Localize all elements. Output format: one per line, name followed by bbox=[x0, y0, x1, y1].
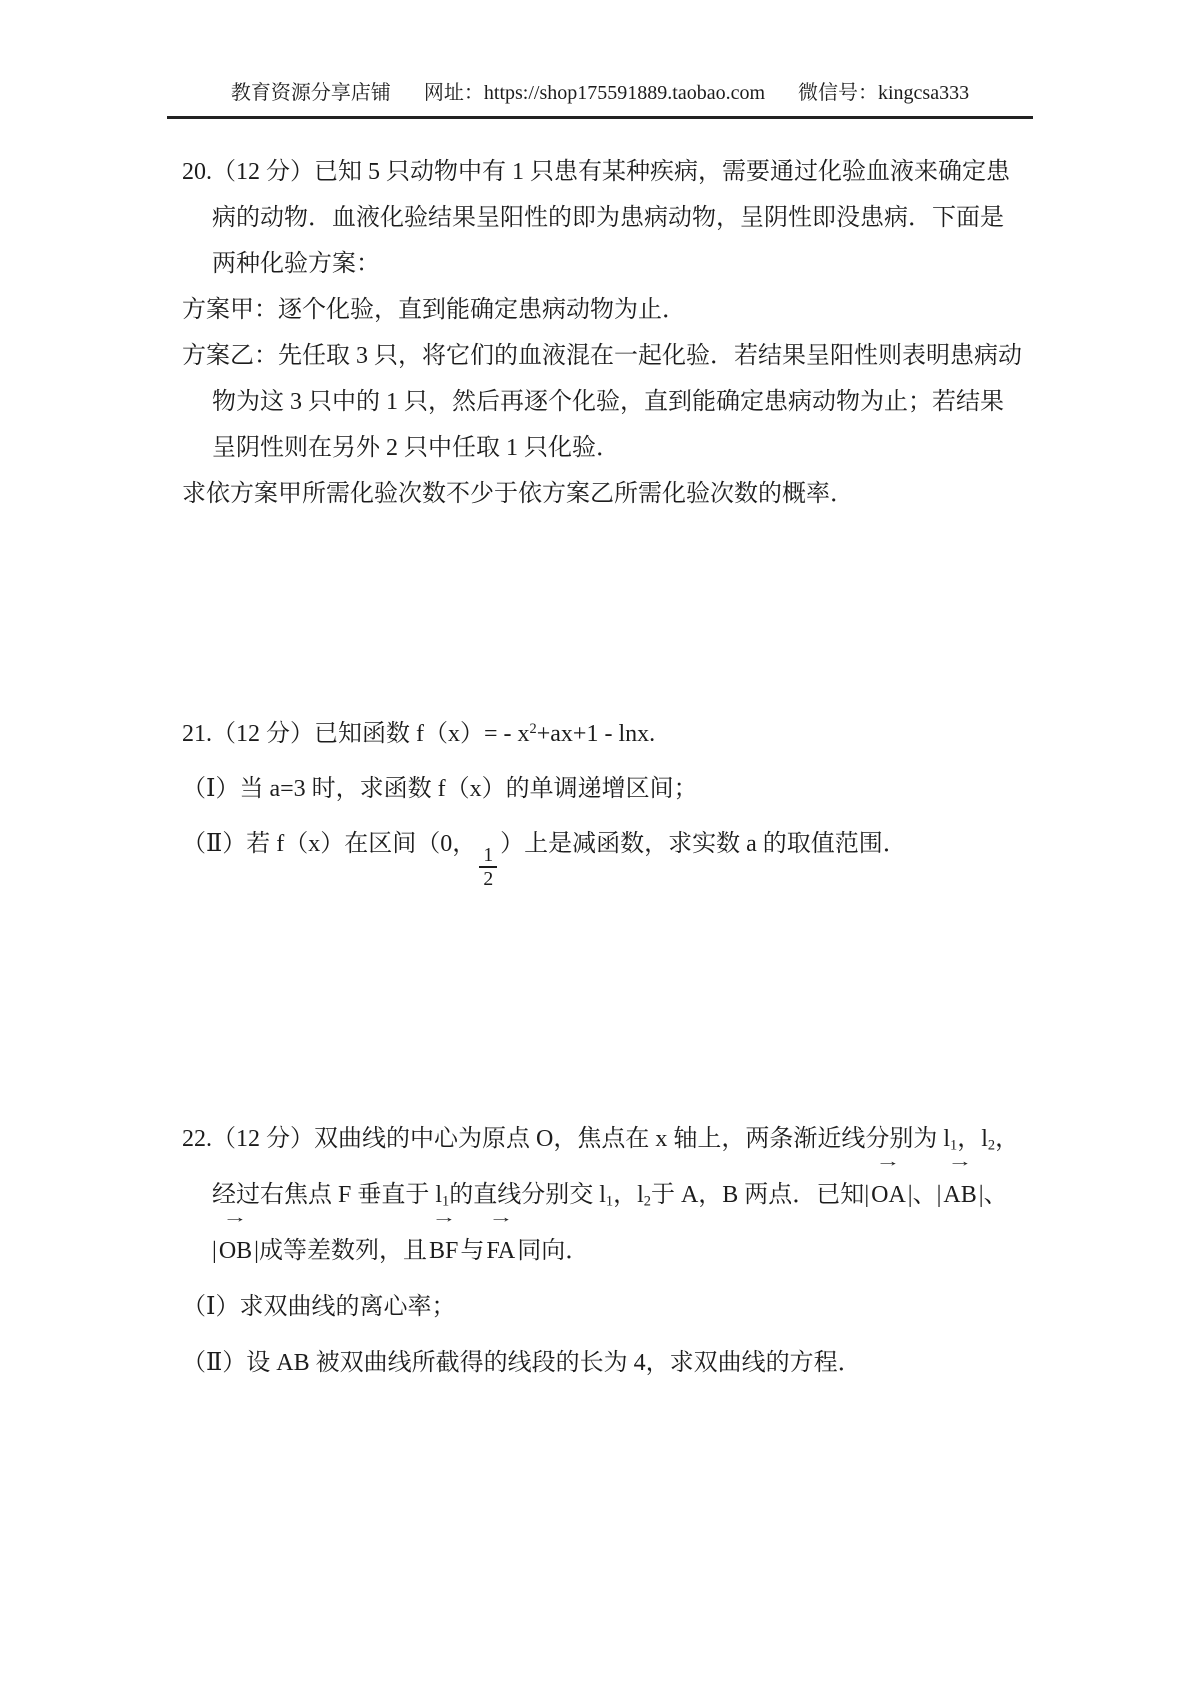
text-run: 、 bbox=[984, 1182, 1008, 1208]
text-run: ）上是减函数，求实数 a 的取值范围． bbox=[500, 831, 907, 857]
problem-line: （Ⅰ）当 a=3 时，求函数 f（x）的单调递增区间； bbox=[182, 762, 1042, 817]
text-run: （Ⅱ）若 f（x）在区间（0， bbox=[182, 831, 476, 857]
fraction-numerator: 1 bbox=[479, 844, 497, 869]
problem-line: 求依方案甲所需化验次数不少于依方案乙所需化验次数的概率． bbox=[182, 471, 1042, 517]
vector-oa: →OA bbox=[869, 1167, 908, 1223]
problem-line: （Ⅱ）若 f（x）在区间（0，12）上是减函数，求实数 a 的取值范围． bbox=[182, 817, 1042, 891]
problem-22: 22.（12 分）双曲线的中心为原点 O，焦点在 x 轴上，两条渐近线分别为 l… bbox=[182, 1111, 1042, 1391]
vector-label: OB bbox=[219, 1238, 252, 1264]
subscript: 2 bbox=[988, 1138, 995, 1154]
subscript: 2 bbox=[644, 1194, 651, 1210]
site-url: 网址：https://shop175591889.taobao.com bbox=[424, 82, 765, 104]
wechat-value: kingcsa333 bbox=[878, 82, 969, 104]
text-run: 方案甲：逐个化验，直到能确定患病动物为止． bbox=[182, 297, 686, 323]
vector-arrow-icon: → bbox=[431, 1211, 456, 1226]
problem-line: （Ⅰ）求双曲线的离心率； bbox=[182, 1279, 1042, 1335]
problem-line: |→OB|成等差数列，且→BF与→FA同向． bbox=[182, 1223, 1042, 1279]
problem-line: 呈阴性则在另外 2 只中任取 1 只化验． bbox=[182, 425, 1042, 471]
text-run: （Ⅰ）当 a=3 时，求函数 f（x）的单调递增区间； bbox=[182, 776, 698, 802]
text-run: 求依方案甲所需化验次数不少于依方案乙所需化验次数的概率． bbox=[182, 481, 854, 507]
text-run: 20.（12 分）已知 5 只动物中有 1 只患有某种疾病，需要通过化验血液来确… bbox=[182, 159, 1010, 185]
header-divider bbox=[167, 116, 1033, 119]
vector-ob: →OB bbox=[217, 1223, 254, 1279]
text-run: （Ⅰ）求双曲线的离心率； bbox=[182, 1294, 455, 1320]
vector-arrow-icon: → bbox=[223, 1211, 248, 1226]
site-url-value: https://shop175591889.taobao.com bbox=[484, 82, 765, 104]
problem-20: 20.（12 分）已知 5 只动物中有 1 只患有某种疾病，需要通过化验血液来确… bbox=[182, 149, 1042, 517]
vector-label: AB bbox=[943, 1182, 976, 1208]
shop-name: 教育资源分享店铺 bbox=[231, 82, 391, 104]
problem-line: 病的动物．血液化验结果呈阳性的即为患病动物，呈阴性即没患病．下面是 bbox=[182, 195, 1042, 241]
site-url-label: 网址： bbox=[424, 82, 484, 104]
problem-line: 经过右焦点 F 垂直于 l1的直线分别交 l1，l2于 A，B 两点．已知|→O… bbox=[182, 1167, 1042, 1223]
problem-line: 方案乙：先任取 3 只，将它们的血液混在一起化验．若结果呈阳性则表明患病动 bbox=[182, 333, 1042, 379]
vector-label: BF bbox=[429, 1238, 458, 1264]
text-run: 22.（12 分）双曲线的中心为原点 O，焦点在 x 轴上，两条渐近线分别为 l bbox=[182, 1126, 950, 1152]
vector-arrow-icon: → bbox=[488, 1211, 513, 1226]
vector-arrow-icon: → bbox=[947, 1155, 972, 1170]
vector-label: FA bbox=[486, 1238, 515, 1264]
problems-body: 20.（12 分）已知 5 只动物中有 1 只患有某种疾病，需要通过化验血液来确… bbox=[182, 149, 1042, 1391]
vector-ab: →AB bbox=[941, 1167, 978, 1223]
text-run: 呈阴性则在另外 2 只中任取 1 只化验． bbox=[212, 435, 620, 461]
subscript: 1 bbox=[606, 1194, 613, 1210]
text-run: 病的动物．血液化验结果呈阳性的即为患病动物，呈阴性即没患病．下面是 bbox=[212, 205, 1004, 231]
text-run: 物为这 3 只中的 1 只，然后再逐个化验，直到能确定患病动物为止；若结果 bbox=[212, 389, 1004, 415]
document-page: 教育资源分享店铺 网址：https://shop175591889.taobao… bbox=[0, 0, 1200, 1698]
text-run: 同向． bbox=[517, 1238, 589, 1264]
problem-21: 21.（12 分）已知函数 f（x）= - x2+ax+1 - lnx.（Ⅰ）当… bbox=[182, 707, 1042, 891]
problem-line: 21.（12 分）已知函数 f（x）= - x2+ax+1 - lnx. bbox=[182, 707, 1042, 762]
problem-line: 22.（12 分）双曲线的中心为原点 O，焦点在 x 轴上，两条渐近线分别为 l… bbox=[182, 1111, 1042, 1167]
text-run: 21.（12 分）已知函数 f（x）= - x bbox=[182, 721, 530, 747]
text-run: 经过右焦点 F 垂直于 l bbox=[212, 1182, 442, 1208]
page-header: 教育资源分享店铺 网址：https://shop175591889.taobao… bbox=[0, 0, 1200, 119]
superscript: 2 bbox=[530, 721, 537, 737]
text-run: ，l bbox=[957, 1126, 988, 1152]
text-run: +ax+1 - lnx. bbox=[537, 721, 655, 747]
fraction-denominator: 2 bbox=[479, 868, 497, 891]
vector-arrow-icon: → bbox=[876, 1155, 901, 1170]
vector-label: OA bbox=[871, 1182, 906, 1208]
text-run: 方案乙：先任取 3 只，将它们的血液混在一起化验．若结果呈阳性则表明患病动 bbox=[182, 343, 1022, 369]
problem-line: （Ⅱ）设 AB 被双曲线所截得的线段的长为 4，求双曲线的方程． bbox=[182, 1335, 1042, 1391]
text-run: 成等差数列，且 bbox=[259, 1238, 427, 1264]
wechat-id: 微信号：kingcsa333 bbox=[798, 82, 969, 104]
vector-fa: →FA bbox=[484, 1223, 517, 1279]
fraction: 12 bbox=[479, 844, 497, 891]
header-text: 教育资源分享店铺 网址：https://shop175591889.taobao… bbox=[0, 0, 1200, 106]
text-run: ，l bbox=[613, 1182, 644, 1208]
problem-line: 20.（12 分）已知 5 只动物中有 1 只患有某种疾病，需要通过化验血液来确… bbox=[182, 149, 1042, 195]
problem-line: 物为这 3 只中的 1 只，然后再逐个化验，直到能确定患病动物为止；若结果 bbox=[182, 379, 1042, 425]
text-run: 、 bbox=[913, 1182, 937, 1208]
problem-line: 方案甲：逐个化验，直到能确定患病动物为止． bbox=[182, 287, 1042, 333]
text-run: ， bbox=[995, 1126, 1019, 1152]
problem-line: 两种化验方案： bbox=[182, 241, 1042, 287]
text-run: 两种化验方案： bbox=[212, 251, 380, 277]
text-run: 与 bbox=[460, 1238, 484, 1264]
text-run: 于 A，B 两点．已知 bbox=[651, 1182, 864, 1208]
text-run: 的直线分别交 l bbox=[449, 1182, 606, 1208]
wechat-label: 微信号： bbox=[798, 82, 878, 104]
text-run: （Ⅱ）设 AB 被双曲线所截得的线段的长为 4，求双曲线的方程． bbox=[182, 1350, 862, 1376]
vector-bf: →BF bbox=[427, 1223, 460, 1279]
